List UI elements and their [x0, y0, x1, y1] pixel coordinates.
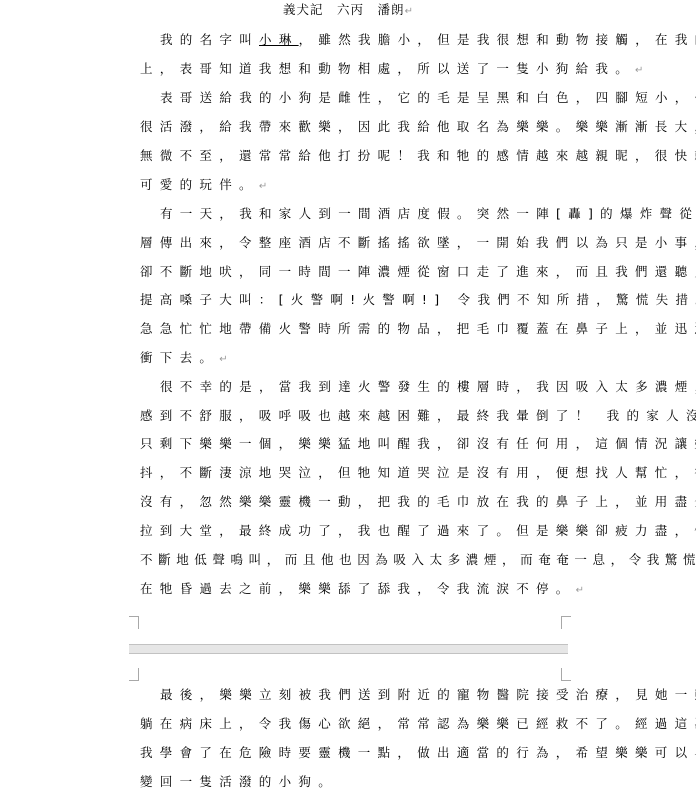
paragraph-3-line-3: 卻不斷地吠，同一時間一陣濃煙從窗口走了進來，而且我們還聽見外面有人 [140, 263, 560, 281]
title-text: 義犬記 六丙 潘朗 [283, 2, 405, 17]
paragraph-4-line-6: 拉到大堂，最終成功了，我也醒了過來了。但是樂樂卻疲力盡，倒在地上， [140, 522, 560, 540]
paragraph-2-line-3: 無微不至，還常常給他打扮呢！我和牠的感情越來越親昵，很快就成為一個 [140, 147, 560, 165]
paragraph-mark-icon: ↵ [576, 585, 584, 596]
page-corner-mark-bottom-right [561, 616, 571, 629]
paragraph-5-line-1: 最後，樂樂立刻被我們送到附近的寵物醫院接受治療，見她一動不動地 [160, 686, 580, 704]
paragraph-mark-icon: ↵ [635, 65, 643, 76]
paragraph-3-line-5: 急急忙忙地帶備火警時所需的物品，把毛巾覆蓋在鼻子上，並迅速地用樓梯 [140, 320, 560, 338]
page-corner-mark-bottom-left [129, 616, 139, 629]
page-break-separator [129, 644, 568, 654]
paragraph-4-line-2: 感到不舒服，吸呼吸也越來越困難，最終我暈倒了！ 我的家人沒有留意我， [140, 407, 560, 425]
paragraph-3-line-2: 層傳出來，令整座酒店不斷搖搖欲墜，一開始我們以為只是小事，但是樂樂 [140, 234, 560, 252]
paragraph-mark-icon: ↵ [405, 6, 413, 17]
text-run: 衝下去。 [140, 350, 219, 365]
paragraph-3-line-4: 提高嗓子大叫：[火警啊!火警啊!] 令我們不知所措，驚慌失措。我們立刻 [140, 291, 560, 309]
paragraph-3-line-6: 衝下去。↵ [140, 349, 560, 369]
paragraph-mark-icon: ↵ [259, 181, 267, 192]
paragraph-4-line-7: 不斷地低聲鳴叫，而且他也因為吸入太多濃煙，而奄奄一息，令我驚慌失色。 [140, 551, 560, 569]
paragraph-4-line-4: 抖，不斷淒涼地哭泣，但牠知道哭泣是沒有用，便想找人幫忙，卻一個人也 [140, 464, 560, 482]
page-corner-mark-top-right [561, 668, 571, 681]
paragraph-1-line-1: 我的名字叫小琳，雖然我膽小，但是我很想和動物接觸，在我的生日會 [160, 31, 580, 49]
text-run: ，雖然我膽小，但是我很想和動物接觸，在我的生日會 [299, 32, 696, 47]
text-run: 在牠昏過去之前，樂樂舔了舔我，令我流淚不停。 [140, 581, 576, 596]
paragraph-5-line-3: 我學會了在危險時要靈機一點，做出適當的行為，希望樂樂可以早日康復， [140, 744, 560, 762]
paragraph-4-line-5: 沒有，忽然樂樂靈機一動，把我的毛巾放在我的鼻子上，並用盡全力地把我 [140, 493, 560, 511]
paragraph-2-line-4: 可愛的玩伴。↵ [140, 176, 560, 196]
paragraph-mark-icon: ↵ [219, 354, 227, 365]
paragraph-4-line-1: 很不幸的是，當我到達火警發生的樓層時，我因吸入太多濃煙，而開始 [160, 378, 580, 396]
paragraph-2-line-1: 表哥送給我的小狗是雌性，它的毛是呈黑和白色，四腳短小，他的性格 [160, 89, 580, 107]
paragraph-5-line-4: 變回一隻活潑的小狗。 [140, 773, 560, 791]
paragraph-3-line-1: 有一天，我和家人到一間酒店度假。突然一陣[轟]的爆炸聲從我們下幾 [160, 205, 580, 223]
text-run: 可愛的玩伴。 [140, 177, 259, 192]
page-corner-mark-top-left [129, 668, 139, 681]
text-run: 上，表哥知道我想和動物相處，所以送了一隻小狗給我。 [140, 61, 635, 76]
paragraph-5-line-2: 躺在病床上，令我傷心欲絕，常常認為樂樂已經救不了。經過這次事情後， [140, 715, 560, 733]
paragraph-4-line-3: 只剩下樂樂一個，樂樂猛地叫醒我，卻沒有任何用，這個情況讓樂樂瑟瑟發 [140, 435, 560, 453]
underlined-name: 小琳 [259, 32, 299, 47]
paragraph-1-line-2: 上，表哥知道我想和動物相處，所以送了一隻小狗給我。↵ [140, 60, 560, 80]
text-run: 我的名字叫 [160, 32, 259, 47]
paragraph-4-line-8: 在牠昏過去之前，樂樂舔了舔我，令我流淚不停。↵ [140, 580, 560, 600]
paragraph-2-line-2: 很活潑，給我帶來歡樂，因此我給他取名為樂樂。樂樂漸漸長大，我也對牠 [140, 118, 560, 136]
document-title: 義犬記 六丙 潘朗↵ [0, 1, 696, 21]
